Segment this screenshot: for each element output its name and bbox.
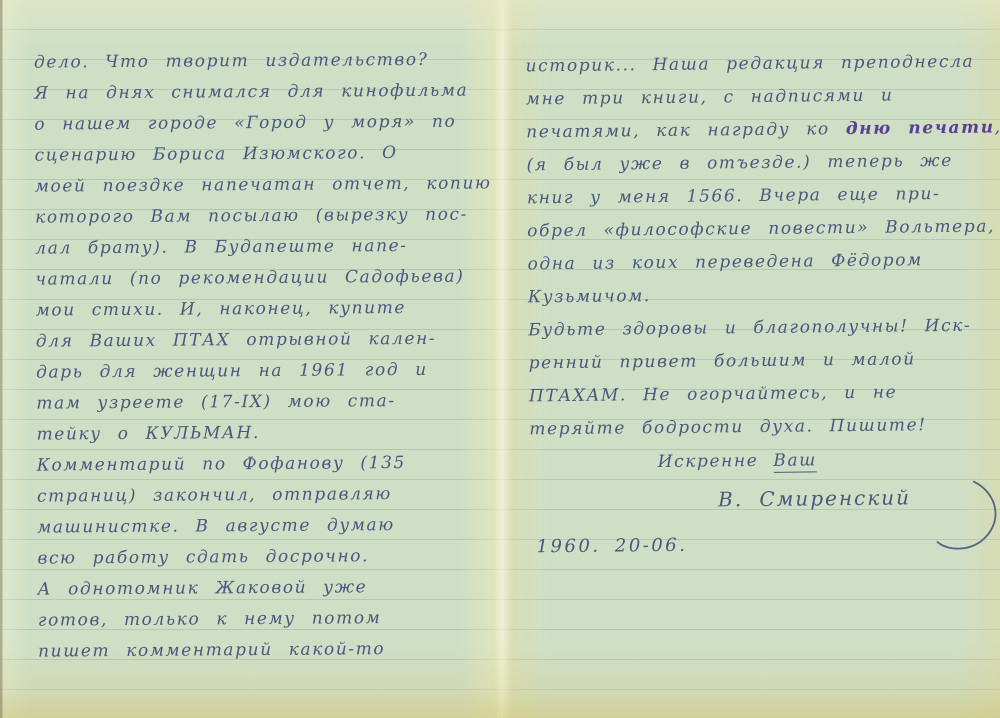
handwriting-line: для Ваших ПТАХ отрывной кален-	[36, 323, 492, 357]
handwriting-line: чатали (по рекомендации Садофьева)	[35, 261, 491, 295]
handwriting-line: сценарию Бориса Изюмского. О	[34, 137, 490, 171]
handwriting-line: страниц) закончил, отправляю	[37, 478, 493, 512]
handwriting-line: ренний привет большим и малой	[528, 343, 984, 381]
signature: В. Смиренский	[718, 485, 911, 511]
signature-flourish	[922, 477, 1000, 554]
handwriting-line: А однотомник Жаковой уже	[38, 571, 494, 605]
signoff-text: Искренне	[658, 451, 774, 472]
handwriting-line: которого Вам посылаю (вырезку пос-	[35, 199, 491, 233]
signature-row: В. Смиренский	[530, 476, 986, 523]
handwriting-line: одна из коих переведена Фёдором	[527, 244, 983, 282]
handwriting-line: мне три книги, с надписями и	[526, 79, 982, 117]
accent-ink-words: дню печати	[846, 117, 995, 139]
handwriting-line: Кузьмичом.	[528, 277, 984, 315]
handwriting-line: книг у меня 1566. Вчера еще при-	[527, 178, 983, 216]
letter-scan: дело. Что творит издательство? Я на днях…	[0, 0, 1000, 718]
handwriting-line: всю работу сдать досрочно.	[37, 540, 493, 574]
handwriting-line: дело. Что творит издательство?	[34, 44, 490, 78]
handwriting-line: дарь для женщин на 1961 год и	[36, 354, 492, 388]
handwriting-line: готов, только к нему потом	[38, 602, 494, 636]
letter-page-left: дело. Что творит издательство? Я на днях…	[34, 44, 494, 667]
handwriting-line: Я на днях снимался для кинофильма	[34, 75, 490, 109]
handwriting-line: о нашем городе «Город у моря» по	[34, 106, 490, 140]
accent-line-post: ,	[995, 117, 1000, 137]
handwriting-line: (я был уже в отъезде.) теперь же	[526, 145, 982, 183]
signoff-line: Искренне Ваш	[530, 442, 986, 481]
handwriting-line: там узреете (17-IX) мою ста-	[36, 385, 492, 419]
handwriting-line: пишет комментарий какой-то	[38, 633, 494, 667]
handwriting-line: моей поездке напечатан отчет, копию	[35, 168, 491, 202]
handwriting-line: историк... Наша редакция преподнесла	[525, 46, 981, 84]
handwriting-line-accent: печатями, как награду ко дню печати,	[526, 112, 982, 150]
signoff-underlined-word: Ваш	[773, 450, 817, 472]
handwriting-line: ПТАХАМ. Не огорчайтесь, и не	[529, 376, 985, 414]
handwriting-line: мои стихи. И, наконец, купите	[36, 292, 492, 326]
handwriting-line: Комментарий по Фофанову (135	[37, 447, 493, 481]
handwriting-line: лал брату). В Будапеште напе-	[35, 230, 491, 264]
handwriting-line: теряйте бодрости духа. Пишите!	[529, 409, 985, 447]
accent-line-pre: печатями, как награду ко	[526, 119, 846, 142]
letter-page-right: историк... Наша редакция преподнесла мне…	[525, 46, 986, 558]
handwriting-line: тейку о КУЛЬМАН.	[36, 416, 492, 450]
handwriting-line: обрел «философские повести» Вольтера,	[527, 211, 983, 249]
handwriting-line: Будьте здоровы и благополучны! Иск-	[528, 310, 984, 348]
handwriting-line: машинистке. В августе думаю	[37, 509, 493, 543]
